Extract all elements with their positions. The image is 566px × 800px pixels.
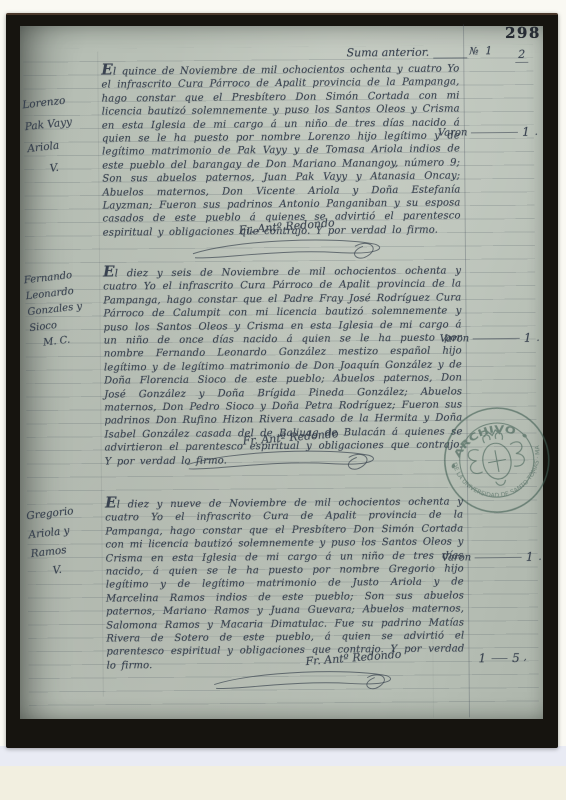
entry1-tally-row: Varon 1 . [438,125,538,140]
entry3-record-text: El diez y nueve de Noviembre de mil ocho… [105,493,465,672]
page-content: 298 Suma anterior. № 1 2 Lorenzo Pak Vay… [17,24,546,722]
tally-dot: . [538,551,541,562]
total-column1-value: 1 [478,651,486,665]
tally-leader-line [474,556,522,557]
scanner-background-strip [0,746,566,766]
tally-dot: . [535,126,538,137]
totals-dash [491,658,507,659]
header-column1-value: 1 [485,44,492,57]
tally-label: Varon [442,552,472,563]
tally-label: Varon [440,333,470,344]
entry1-record-text: El quince de Noviembre de mil ochociento… [101,60,461,239]
tally-leader-line [472,337,520,338]
header-column2-value: 2 [515,48,528,63]
entry2-tally-row: Varon 1 . [440,331,540,346]
total-column2-value: 5 [512,651,520,665]
tally-value: 1 [524,331,532,345]
tally-value: 1 [526,550,534,564]
tally-value: 1 [522,125,530,139]
page-totals-row: 1 5 , [478,651,526,665]
entry1-margin-name: Lorenzo Pak Vayy Ariola V. [21,86,106,182]
scanner-background [0,766,566,800]
svg-text:DE LA UNIVERSIDAD DE SANTO TOM: DE LA UNIVERSIDAD DE SANTO TOMAS · MANIL… [433,396,550,509]
totals-comma: , [524,653,527,663]
tally-dot: . [536,332,539,343]
suma-anterior-label: Suma anterior. [317,46,429,60]
tally-label: Varon [438,127,468,138]
stamp-ring-text: DE LA UNIVERSIDAD DE SANTO TOMAS · MANIL… [433,396,550,509]
entry3-signature-rubric [208,666,408,702]
entry2-signature-rubric [181,445,391,483]
entry3-tally-row: Varon 1 . [442,550,542,565]
header-mark: № [469,46,479,57]
tally-leader-line [470,131,518,132]
page-number: 298 [505,24,541,42]
entry3-margin-name: Gregorio Ariola y Ramos V. [25,499,109,583]
book-cover-edge: 298 Suma anterior. № 1 2 Lorenzo Pak Vay… [6,13,558,748]
register-page: 298 Suma anterior. № 1 2 Lorenzo Pak Vay… [20,26,543,719]
entry2-margin-name: Fernando Leonardo Gonzales y Sioco M. C. [23,265,108,353]
